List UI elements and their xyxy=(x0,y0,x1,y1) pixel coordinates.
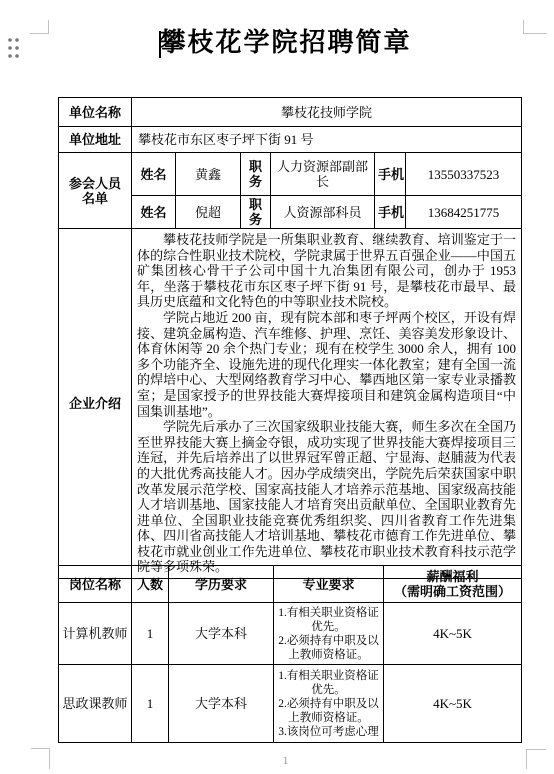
text-boundary-mark-top-left xyxy=(30,20,49,34)
phone-label: 手机 xyxy=(375,196,406,229)
job-row: 思政课教师 1 大学本科 1.有相关职业资格证 优先。 2.必须持有中职及以 上… xyxy=(59,665,522,743)
unit-name-label: 单位名称 xyxy=(59,98,132,127)
unit-name-value: 攀枝花技师学院 xyxy=(132,98,522,127)
document-page: { "page": { "title": "攀枝花学院招聘简章", "page_… xyxy=(0,0,554,774)
job-title: 思政课教师 xyxy=(59,665,132,743)
intro-paragraph: 攀枝花技师学院是一所集职业教育、继续教育、培训鉴定于一体的综合性职业技术院校，学… xyxy=(137,232,516,310)
attendees-label: 参会人员 名单 xyxy=(59,153,132,229)
intro-paragraph: 学院先后承办了三次国家级职业技能大赛，师生多次在全国乃至世界技能大赛上摘金夺银，… xyxy=(137,419,516,575)
job-count: 1 xyxy=(132,603,169,665)
attendee-duty: 人资源部科员 xyxy=(271,196,375,229)
jobs-table: 岗位名称 人数 学历要求 专业要求 薪酬福利 （需明确工资范围） 计算机教师 1… xyxy=(58,565,522,743)
unit-info-table: 单位名称 攀枝花技师学院 单位地址 攀枝花市东区枣子坪下街 91 号 参会人员 … xyxy=(58,97,522,579)
unit-address-label: 单位地址 xyxy=(59,127,132,153)
job-requirements: 1.有相关职业资格证 优先。 2.必须持有中职及以 上教师资格证。 3.该岗位可… xyxy=(274,665,384,743)
job-title-header: 岗位名称 xyxy=(59,566,132,603)
table-row: 单位地址 攀枝花市东区枣子坪下街 91 号 xyxy=(59,127,522,153)
job-requirements: 1.有相关职业资格证 优先。 2.必须持有中职及以 上教师资格证。 xyxy=(274,603,384,665)
attendee-name: 倪超 xyxy=(176,196,241,229)
attendee-row: 参会人员 名单 姓名 黄鑫 职 务 人力资源部副部长 手机 1355033752… xyxy=(59,153,522,196)
attendee-duty: 人力资源部副部长 xyxy=(271,153,375,196)
table-row: 单位名称 攀枝花技师学院 xyxy=(59,98,522,127)
jobs-header-row: 岗位名称 人数 学历要求 专业要求 薪酬福利 （需明确工资范围） xyxy=(59,566,522,603)
attendee-phone: 13684251775 xyxy=(406,196,522,229)
job-salary: 4K~5K xyxy=(384,665,522,743)
phone-label: 手机 xyxy=(375,153,406,196)
six-dot-grid-icon xyxy=(6,36,22,60)
job-education: 大学本科 xyxy=(169,665,274,743)
text-boundary-mark-top-right xyxy=(523,20,547,34)
page-number: 1 xyxy=(48,753,523,768)
name-label: 姓名 xyxy=(132,196,176,229)
job-row: 计算机教师 1 大学本科 1.有相关职业资格证 优先。 2.必须持有中职及以 上… xyxy=(59,603,522,665)
attendee-name: 黄鑫 xyxy=(176,153,241,196)
job-salary-header: 薪酬福利 （需明确工资范围） xyxy=(384,566,522,603)
page-title: 攀枝花学院招聘简章 xyxy=(48,27,523,59)
job-count-header: 人数 xyxy=(132,566,169,603)
text-boundary-mark-bottom-right xyxy=(526,749,546,769)
job-education: 大学本科 xyxy=(169,603,274,665)
job-major-header: 专业要求 xyxy=(274,566,384,603)
job-title: 计算机教师 xyxy=(59,603,132,665)
duty-label: 职 务 xyxy=(241,153,271,196)
name-label: 姓名 xyxy=(132,153,176,196)
job-education-header: 学历要求 xyxy=(169,566,274,603)
company-intro-text: 攀枝花技师学院是一所集职业教育、继续教育、培训鉴定于一体的综合性职业技术院校，学… xyxy=(132,229,522,579)
duty-label: 职 务 xyxy=(241,196,271,229)
attendee-phone: 13550337523 xyxy=(406,153,522,196)
job-count: 1 xyxy=(132,665,169,743)
intro-paragraph: 学院占地近 200 亩，现有院本部和枣子坪两个校区，开设有焊接、建筑金属构造、汽… xyxy=(137,310,516,419)
company-intro-label: 企业介绍 xyxy=(59,229,132,579)
unit-address-value: 攀枝花市东区枣子坪下街 91 号 xyxy=(132,127,522,153)
drag-handle-icon[interactable] xyxy=(6,36,22,60)
job-salary: 4K~5K xyxy=(384,603,522,665)
table-row: 企业介绍 攀枝花技师学院是一所集职业教育、继续教育、培训鉴定于一体的综合性职业技… xyxy=(59,229,522,579)
